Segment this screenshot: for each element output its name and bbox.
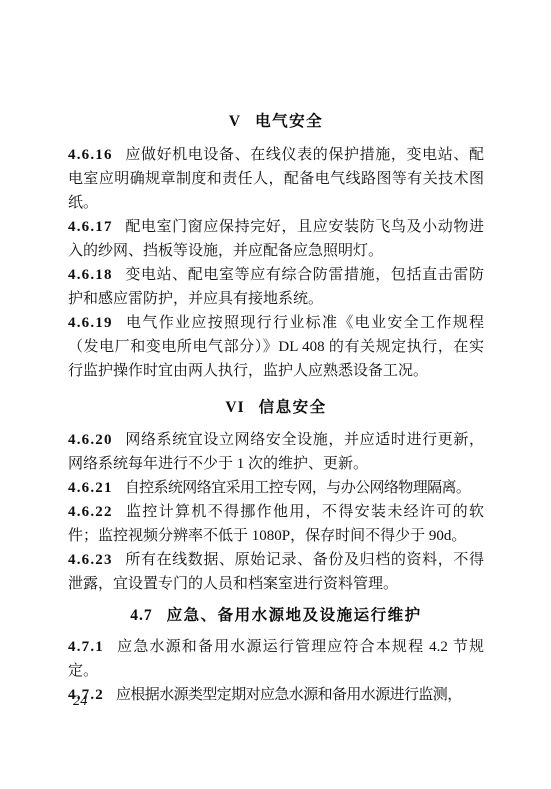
clause-number: 4.6.18 bbox=[68, 267, 113, 283]
section-title: 电气安全 bbox=[255, 113, 323, 130]
section-title: 应急、备用水源地及设施运行维护 bbox=[167, 607, 422, 624]
clause-paragraph: 4.6.23所有在线数据、原始记录、备份及归档的资料，不得泄露，宜设置专门的人员… bbox=[68, 548, 484, 596]
clause-text: 配电室门窗应保持完好，且应安装防飞鸟及小动物进入的纱网、挡板等设施，并应配备应急… bbox=[68, 219, 484, 259]
clause-paragraph: 4.6.17配电室门窗应保持完好，且应安装防飞鸟及小动物进入的纱网、挡板等设施，… bbox=[68, 215, 484, 263]
clause-number: 4.6.21 bbox=[68, 480, 113, 496]
section-heading: VI信息安全 bbox=[68, 396, 484, 420]
section-title: 信息安全 bbox=[259, 399, 327, 416]
clause-text: 所有在线数据、原始记录、备份及归档的资料，不得泄露，宜设置专门的人员和档案室进行… bbox=[68, 552, 484, 592]
clause-text: 网络系统宜设立网络安全设施，并应适时进行更新，网络系统每年进行不少于 1 次的维… bbox=[68, 432, 484, 472]
clause-text: 监控计算机不得挪作他用，不得安装未经许可的软件；监控视频分辨率不低于 1080P… bbox=[68, 504, 484, 544]
document-section: 4.7应急、备用水源地及设施运行维护 4.7.1应急水源和备用水源运行管理应符合… bbox=[68, 604, 484, 707]
clause-paragraph: 4.7.1应急水源和备用水源运行管理应符合本规程 4.2 节规定。 bbox=[68, 635, 484, 683]
clause-paragraph: 4.6.19电气作业应按照现行行业标准《电业安全工作规程（发电厂和变电所电气部分… bbox=[68, 311, 484, 383]
clause-paragraph: 4.6.18变电站、配电室等应有综合防雷措施，包括直击雷防护和感应雷防护，并应具… bbox=[68, 263, 484, 311]
page-number: 24 bbox=[73, 692, 88, 710]
clause-text: 变电站、配电室等应有综合防雷措施，包括直击雷防护和感应雷防护，并应具有接地系统。 bbox=[68, 267, 484, 307]
clause-number: 4.6.19 bbox=[68, 315, 113, 331]
clause-text: 电气作业应按照现行行业标准《电业安全工作规程（发电厂和变电所电气部分）》DL 4… bbox=[68, 315, 484, 379]
clause-paragraph: 4.7.2应根据水源类型定期对应急水源和备用水源进行监测， bbox=[68, 683, 484, 707]
section-number: V bbox=[229, 113, 241, 130]
clause-number: 4.6.20 bbox=[68, 432, 113, 448]
section-number: VI bbox=[225, 399, 244, 416]
section-heading: 4.7应急、备用水源地及设施运行维护 bbox=[68, 604, 484, 628]
clause-number: 4.6.22 bbox=[68, 504, 113, 520]
clause-number: 4.7.1 bbox=[68, 639, 104, 655]
clause-paragraph: 4.6.16应做好机电设备、在线仪表的保护措施，变电站、配电室应明确规章制度和责… bbox=[68, 143, 484, 215]
clause-text: 应做好机电设备、在线仪表的保护措施，变电站、配电室应明确规章制度和责任人，配备电… bbox=[68, 147, 484, 211]
document-section: VI信息安全 4.6.20网络系统宜设立网络安全设施，并应适时进行更新，网络系统… bbox=[68, 396, 484, 596]
clause-number: 4.6.16 bbox=[68, 147, 113, 163]
document-section: V电气安全 4.6.16应做好机电设备、在线仪表的保护措施，变电站、配电室应明确… bbox=[68, 110, 484, 383]
clause-paragraph: 4.6.21自控系统网络宜采用工控专网，与办公网络物理隔离。 bbox=[68, 476, 484, 500]
section-number: 4.7 bbox=[130, 607, 152, 624]
clause-text: 应急水源和备用水源运行管理应符合本规程 4.2 节规定。 bbox=[68, 639, 484, 679]
clause-text: 自控系统网络宜采用工控专网，与办公网络物理隔离。 bbox=[125, 480, 471, 496]
clause-text: 应根据水源类型定期对应急水源和备用水源进行监测， bbox=[116, 687, 462, 703]
clause-number: 4.6.23 bbox=[68, 552, 113, 568]
clause-paragraph: 4.6.22监控计算机不得挪作他用，不得安装未经许可的软件；监控视频分辨率不低于… bbox=[68, 500, 484, 548]
document-page: V电气安全 4.6.16应做好机电设备、在线仪表的保护措施，变电站、配电室应明确… bbox=[0, 0, 551, 789]
clause-number: 4.6.17 bbox=[68, 219, 113, 235]
section-heading: V电气安全 bbox=[68, 110, 484, 134]
clause-paragraph: 4.6.20网络系统宜设立网络安全设施，并应适时进行更新，网络系统每年进行不少于… bbox=[68, 428, 484, 476]
page-content: V电气安全 4.6.16应做好机电设备、在线仪表的保护措施，变电站、配电室应明确… bbox=[68, 110, 484, 707]
